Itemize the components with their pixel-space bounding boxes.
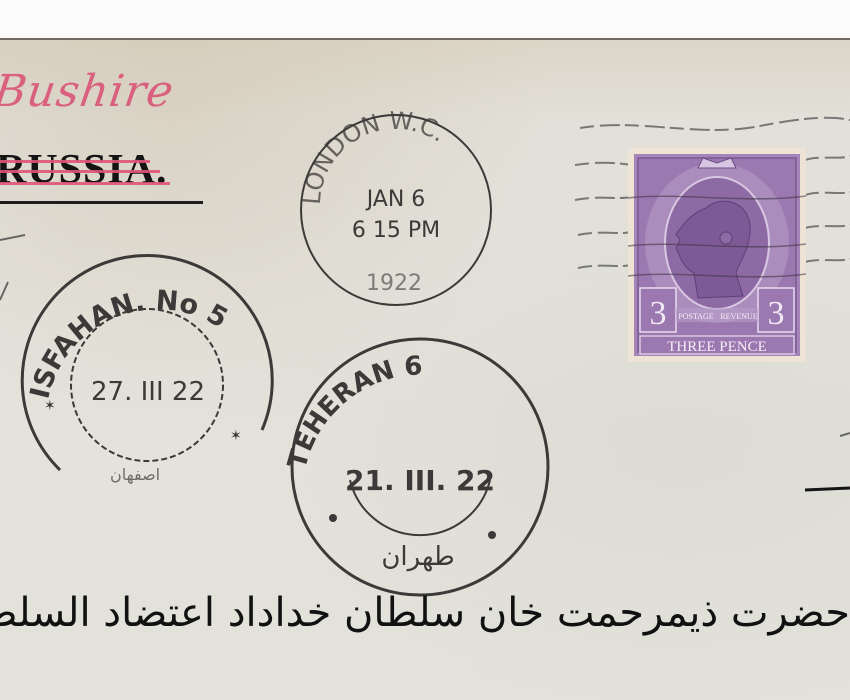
london-year: 1922: [366, 271, 422, 296]
tehran-arc-bottom: طهران: [381, 542, 454, 572]
stamp-postage-label: POSTAGE: [678, 312, 713, 321]
tehran-date: 21. III. 22: [345, 464, 495, 497]
stamp-right-value: 3: [768, 295, 785, 332]
isfahan-date: 27. III 22: [91, 377, 205, 407]
postage-stamp: 3 3 POSTAGE REVENUE THREE PENCE: [628, 148, 806, 362]
persian-address: حضرت ذیمرحمت خان سلطان خداداد اعتضاد الس…: [0, 590, 850, 636]
postmark-tehran: TEHERAN 6 21. III. 22 طهران: [283, 339, 548, 595]
stamp-left-value: 3: [650, 295, 667, 332]
svg-text:✶: ✶: [44, 398, 56, 414]
isfahan-arc-bottom: اصفهان: [110, 465, 160, 485]
stamp-denomination: THREE PENCE: [667, 339, 767, 355]
svg-text:✶: ✶: [230, 428, 242, 444]
stamp-revenue-label: REVENUE: [720, 312, 757, 321]
london-time: 6 15 PM: [352, 218, 440, 243]
postmark-isfahan: ISFAHAN. No 5 27. III 22 ✶ ✶ اصفهان: [22, 255, 272, 485]
london-date: JAN 6: [365, 187, 426, 212]
